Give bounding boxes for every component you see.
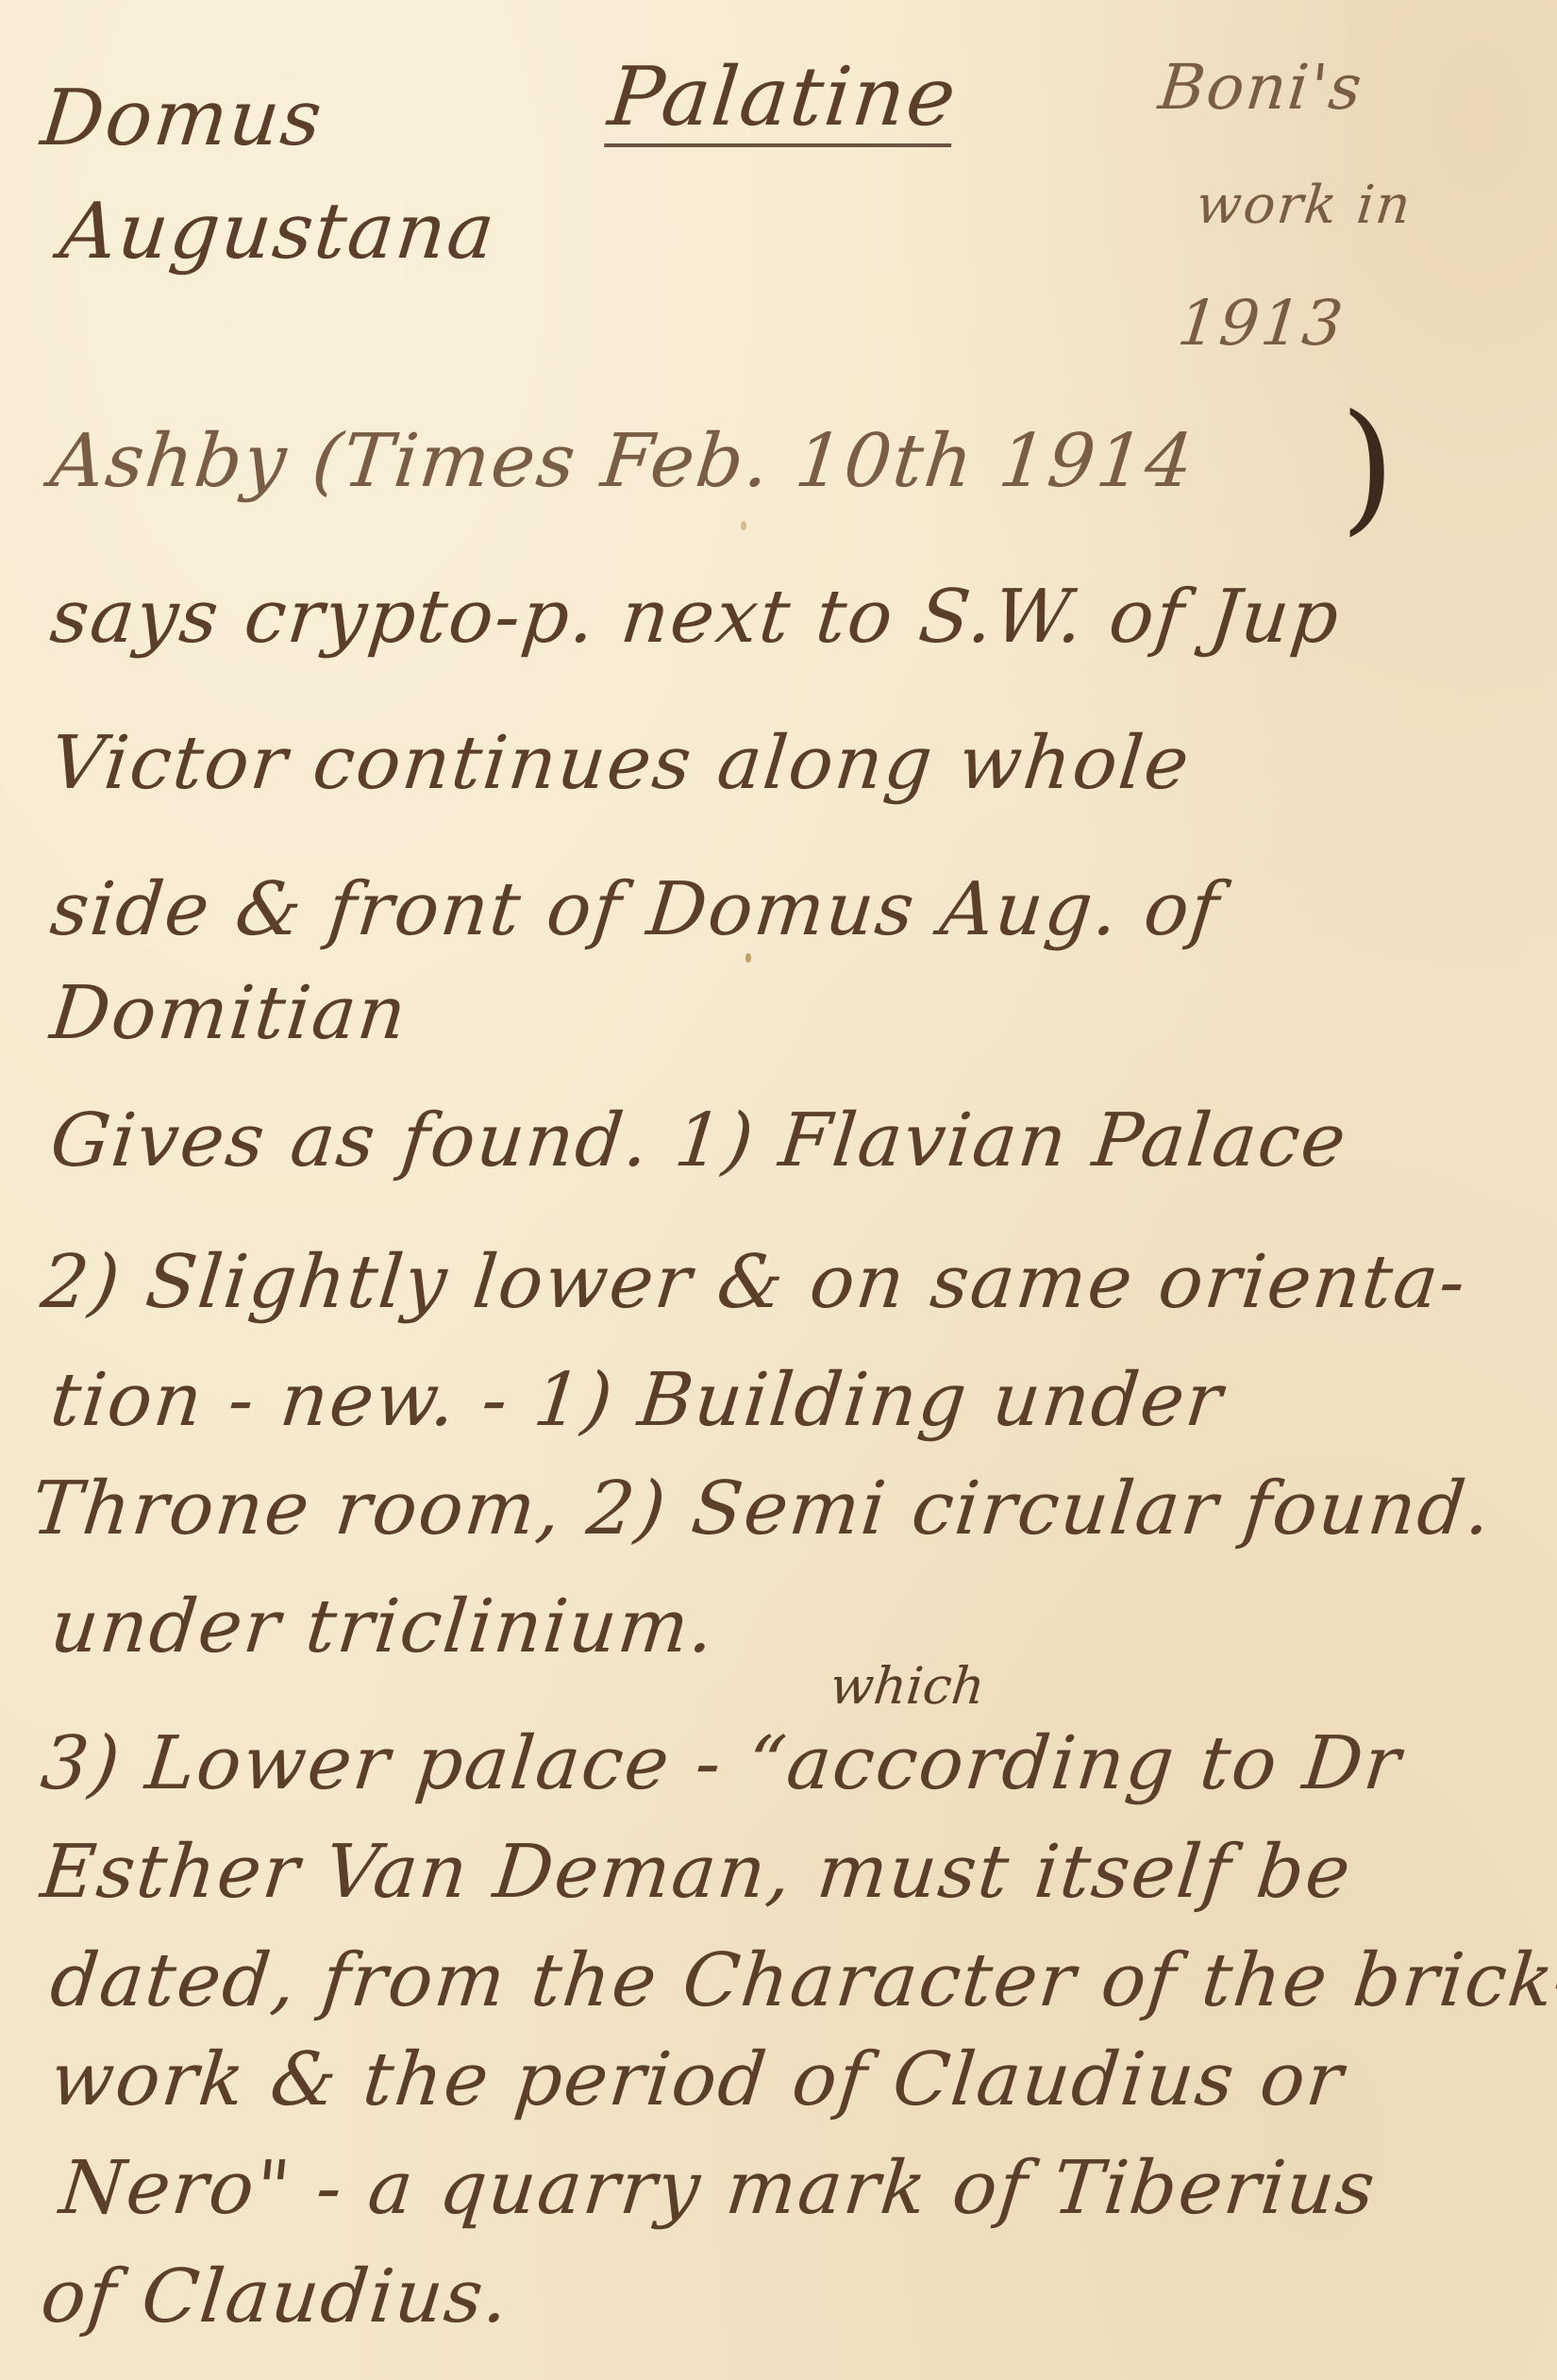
header-bonis: Boni's xyxy=(1156,57,1366,119)
line-12: Esther Van Deman, must itself be xyxy=(38,1835,1355,1909)
header-augustana: Augustana xyxy=(57,193,500,271)
paper-stain xyxy=(745,953,751,963)
insertion-which: which xyxy=(828,1656,988,1716)
line-7: 2) Slightly lower & on same orienta- xyxy=(38,1246,1470,1319)
line-4: side & front of Domus Aug. of xyxy=(47,873,1224,947)
line-2: says crypto-p. next to S.W. of Jup xyxy=(47,580,1344,654)
header-palatine: Palatine xyxy=(604,57,961,147)
handwritten-page: Domus Augustana Palatine Boni's work in … xyxy=(0,0,1557,2380)
header-domus: Domus xyxy=(38,80,326,158)
line-13: dated, from the Character of the brick- xyxy=(47,1944,1557,2018)
line-11: 3) Lower palace - “according to Dr xyxy=(38,1727,1405,1801)
header-year: 1913 xyxy=(1175,293,1348,355)
line-3: Victor continues along whole xyxy=(47,727,1194,800)
closing-paren: ) xyxy=(1340,396,1396,538)
paper-stain xyxy=(741,521,746,530)
line-16: of Claudius. xyxy=(38,2260,513,2334)
line-9: Throne room, 2) Semi circular found. xyxy=(28,1472,1496,1546)
header-work-in: work in xyxy=(1194,179,1415,232)
line-8: tion - new. - 1) Building under xyxy=(47,1364,1227,1437)
line-5: Domitian xyxy=(47,977,411,1050)
line-14: work & the period of Claudius or xyxy=(47,2043,1348,2117)
line-15: Nero" - a quarry mark of Tiberius xyxy=(57,2152,1380,2225)
line-6: Gives as found. 1) Flavian Palace xyxy=(47,1104,1350,1178)
line-1: Ashby (Times Feb. 10th 1914 xyxy=(47,425,1198,498)
line-10: under triclinium. xyxy=(47,1590,719,1664)
